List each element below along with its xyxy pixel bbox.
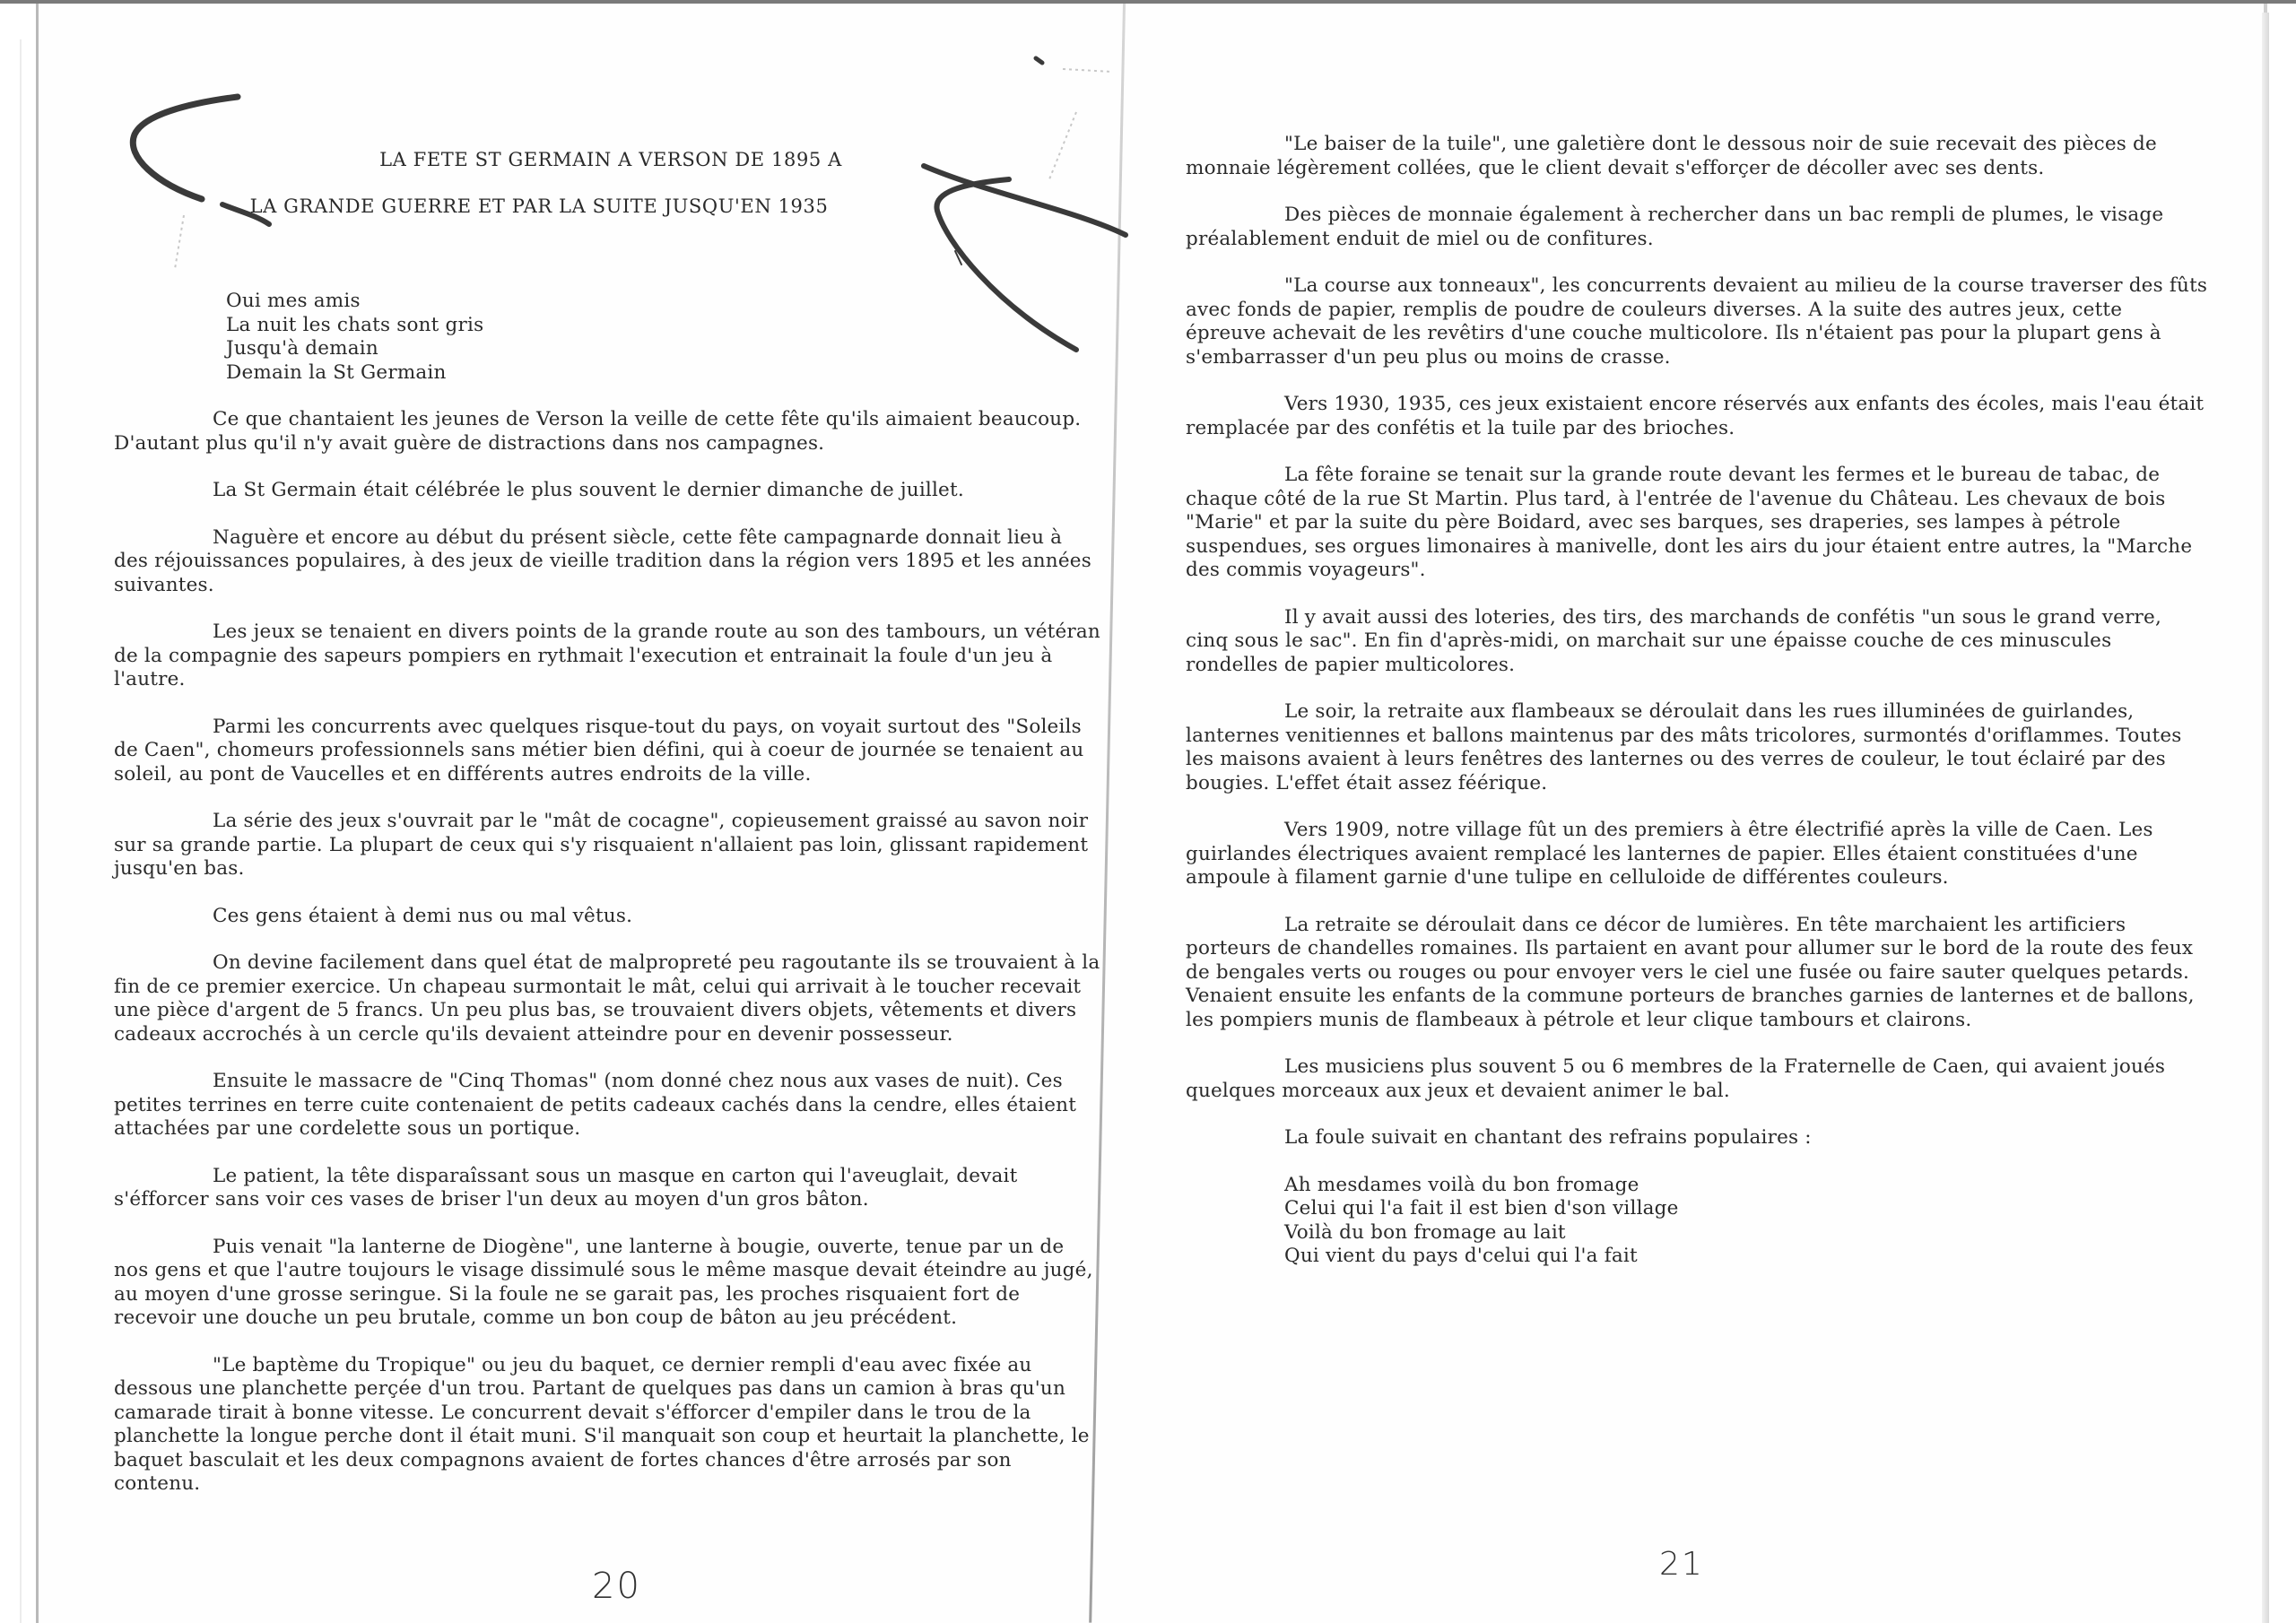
paragraph: La fête foraine se tenait sur la grande … — [1186, 464, 2208, 583]
right-page-paragraphs: "Le baiser de la tuile", une galetière d… — [1186, 133, 2208, 1150]
paragraph: Le soir, la retraite aux flambeaux se dé… — [1186, 700, 2208, 795]
paragraph: Les jeux se tenaient en divers points de… — [114, 621, 1100, 692]
paragraph: Il y avait aussi des loteries, des tirs,… — [1186, 606, 2208, 678]
left-page-body: Oui mes amisLa nuit les chats sont grisJ… — [114, 290, 1100, 1520]
verse-line: Ah mesdames voilà du bon fromage — [1284, 1174, 2208, 1198]
verse-line: Celui qui l'a fait il est bien d'son vil… — [1284, 1197, 2208, 1221]
paragraph: Le patient, la tête disparaîssant sous u… — [114, 1165, 1100, 1212]
verse-line: Qui vient du pays d'celui qui l'a fait — [1284, 1245, 2208, 1269]
page-edge-shadow — [20, 39, 22, 1623]
paragraph: Puis venait "la lanterne de Diogène", un… — [114, 1236, 1100, 1331]
paragraph: Naguère et encore au début du présent si… — [114, 526, 1100, 598]
paragraph: Parmi les concurrents avec quelques risq… — [114, 716, 1100, 787]
paragraph: "Le baiser de la tuile", une galetière d… — [1186, 133, 2208, 180]
verse-line: Voilà du bon fromage au lait — [1284, 1221, 2208, 1245]
paragraph: Ensuite le massacre de "Cinq Thomas" (no… — [114, 1070, 1100, 1141]
paragraph: La série des jeux s'ouvrait par le "mât … — [114, 810, 1100, 881]
paragraph: Ce que chantaient les jeunes de Verson l… — [114, 408, 1100, 456]
paragraph: Ces gens étaient à demi nus ou mal vêtus… — [114, 905, 1100, 929]
paragraph: Des pièces de monnaie également à recher… — [1186, 204, 2208, 251]
paragraph: On devine facilement dans quel état de m… — [114, 951, 1100, 1046]
left-page-paragraphs: Ce que chantaient les jeunes de Verson l… — [114, 408, 1100, 1497]
paragraph: Les musiciens plus souvent 5 ou 6 membre… — [1186, 1055, 2208, 1103]
paragraph: "Le baptème du Tropique" ou jeu du baque… — [114, 1354, 1100, 1497]
closing-verse: Ah mesdames voilà du bon fromageCelui qu… — [1186, 1174, 2208, 1269]
paragraph: Vers 1909, notre village fût un des prem… — [1186, 819, 2208, 890]
page-number-left: 20 — [592, 1566, 641, 1607]
article-title-line-2: LA GRANDE GUERRE ET PAR LA SUITE JUSQU'E… — [0, 195, 1087, 217]
verse-line: Jusqu'à demain — [226, 337, 1100, 361]
paragraph: La St Germain était célébrée le plus sou… — [114, 479, 1100, 503]
paragraph: La retraite se déroulait dans ce décor d… — [1186, 914, 2208, 1033]
paragraph: "La course aux tonneaux", les concurrent… — [1186, 274, 2208, 369]
verse-line: Demain la St Germain — [226, 361, 1100, 386]
paragraph: La foule suivait en chantant des refrain… — [1186, 1126, 2208, 1150]
page-edge-right — [2262, 13, 2269, 1623]
paragraph: Vers 1930, 1935, ces jeux existaient enc… — [1186, 393, 2208, 440]
page-number-right: 21 — [1659, 1546, 1704, 1583]
article-title-line-1: LA FETE ST GERMAIN A VERSON DE 1895 A — [63, 149, 1159, 170]
right-page-body: "Le baiser de la tuile", une galetière d… — [1186, 133, 2208, 1292]
verse-line: La nuit les chats sont gris — [226, 314, 1100, 338]
opening-verse: Oui mes amisLa nuit les chats sont grisJ… — [114, 290, 1100, 385]
verse-line: Oui mes amis — [226, 290, 1100, 314]
